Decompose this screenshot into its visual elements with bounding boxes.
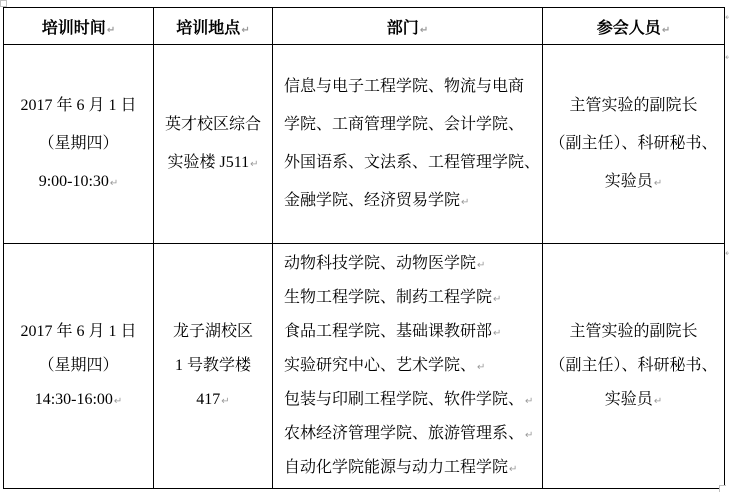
cell-departments-2: 动物科技学院、动物医学院↵ 生物工程学院、制药工程学院↵ 食品工程学院、基础课教… bbox=[273, 244, 543, 489]
cell-participants-1: 主管实验的副院长 （副主任）、科研秘书、 实验员↵ bbox=[543, 45, 725, 244]
paragraph-mark-icon: ↵ bbox=[493, 294, 501, 305]
row-end-mark-icon: ↵ bbox=[725, 250, 729, 259]
paragraph-mark-icon: ↵ bbox=[461, 197, 469, 208]
participants-text: （副主任）、科研秘书、 bbox=[543, 349, 724, 383]
paragraph-mark-icon: ↵ bbox=[525, 430, 533, 441]
participants-text: （副主任）、科研秘书、 bbox=[543, 125, 724, 163]
time-text: 14:30-16:00↵ bbox=[4, 383, 153, 417]
paragraph-mark-icon: ↵ bbox=[509, 464, 517, 475]
header-training-location: 培训地点↵ bbox=[154, 8, 273, 45]
cell-location-2: 龙子湖校区 1 号教学楼 417↵ bbox=[154, 244, 273, 489]
location-text: 1 号教学楼 bbox=[154, 349, 272, 383]
table-resize-handle[interactable] bbox=[719, 485, 726, 492]
location-text: 英才校区综合 bbox=[154, 106, 272, 144]
time-text: 2017 年 6 月 1 日 bbox=[4, 87, 153, 125]
department-text: 动物科技学院、动物医学院↵ bbox=[273, 247, 542, 281]
cell-location-1: 英才校区综合 实验楼 J511↵ bbox=[154, 45, 273, 244]
time-text: 9:00-10:30↵ bbox=[4, 163, 153, 201]
location-text: 实验楼 J511↵ bbox=[154, 144, 272, 182]
department-text: 包装与印刷工程学院、软件学院、↵ bbox=[273, 383, 542, 417]
training-schedule-table: 培训时间↵ 培训地点↵ 部门↵ 参会人员↵ 2017 年 6 月 1 日 （星期… bbox=[3, 7, 725, 489]
paragraph-mark-icon: ↵ bbox=[477, 260, 485, 271]
header-department: 部门↵ bbox=[273, 8, 543, 45]
paragraph-mark-icon: ↵ bbox=[221, 396, 229, 407]
participants-text: 实验员↵ bbox=[543, 383, 724, 417]
department-text: 自动化学院能源与动力工程学院↵ bbox=[273, 451, 542, 485]
header-label: 部门 bbox=[387, 20, 419, 37]
header-label: 培训地点 bbox=[176, 20, 240, 37]
paragraph-mark-icon: ↵ bbox=[477, 362, 485, 373]
cell-time-2: 2017 年 6 月 1 日 （星期四） 14:30-16:00↵ bbox=[4, 244, 154, 489]
row-end-mark-icon: ↵ bbox=[725, 14, 729, 23]
participants-text: 主管实验的副院长 bbox=[543, 315, 724, 349]
participants-text: 实验员↵ bbox=[543, 163, 724, 201]
header-label: 参会人员 bbox=[597, 20, 661, 37]
cell-time-1: 2017 年 6 月 1 日 （星期四） 9:00-10:30↵ bbox=[4, 45, 154, 244]
table-move-handle[interactable] bbox=[0, 0, 7, 7]
paragraph-mark-icon: ↵ bbox=[654, 178, 662, 189]
cell-departments-1: 信息与电子工程学院、物流与电商 学院、工商管理学院、会计学院、 外国语系、文法系… bbox=[273, 45, 543, 244]
table-row-session-1: 2017 年 6 月 1 日 （星期四） 9:00-10:30↵ 英才校区综合 … bbox=[4, 45, 725, 244]
header-row: 培训时间↵ 培训地点↵ 部门↵ 参会人员↵ bbox=[4, 8, 725, 45]
department-text: 农林经济管理学院、旅游管理系、↵ bbox=[273, 417, 542, 451]
paragraph-mark-icon: ↵ bbox=[420, 25, 428, 36]
department-text: 实验研究中心、艺术学院、↵ bbox=[273, 349, 542, 383]
table-row-session-2: 2017 年 6 月 1 日 （星期四） 14:30-16:00↵ 龙子湖校区 … bbox=[4, 244, 725, 489]
participants-text: 主管实验的副院长 bbox=[543, 87, 724, 125]
paragraph-mark-icon: ↵ bbox=[525, 396, 533, 407]
department-text: 生物工程学院、制药工程学院↵ bbox=[273, 281, 542, 315]
location-text: 417↵ bbox=[154, 383, 272, 417]
paragraph-mark-icon: ↵ bbox=[110, 178, 118, 189]
department-text: 学院、工商管理学院、会计学院、 bbox=[273, 106, 542, 144]
location-text: 龙子湖校区 bbox=[154, 315, 272, 349]
document-page: { "colors": { "background": "#ffffff", "… bbox=[0, 0, 729, 493]
paragraph-mark-icon: ↵ bbox=[107, 25, 115, 36]
paragraph-mark-icon: ↵ bbox=[654, 396, 662, 407]
department-text: 外国语系、文法系、工程管理学院、 bbox=[273, 144, 542, 182]
cell-participants-2: 主管实验的副院长 （副主任）、科研秘书、 实验员↵ bbox=[543, 244, 725, 489]
paragraph-mark-icon: ↵ bbox=[493, 328, 501, 339]
department-text: 信息与电子工程学院、物流与电商 bbox=[273, 68, 542, 106]
time-text: 2017 年 6 月 1 日 bbox=[4, 315, 153, 349]
time-text: （星期四） bbox=[4, 349, 153, 383]
paragraph-mark-icon: ↵ bbox=[662, 25, 670, 36]
header-participants: 参会人员↵ bbox=[543, 8, 725, 45]
department-text: 食品工程学院、基础课教研部↵ bbox=[273, 315, 542, 349]
paragraph-mark-icon: ↵ bbox=[250, 159, 258, 170]
time-text: （星期四） bbox=[4, 125, 153, 163]
paragraph-mark-icon: ↵ bbox=[114, 396, 122, 407]
header-training-time: 培训时间↵ bbox=[4, 8, 154, 45]
department-text: 金融学院、经济贸易学院↵ bbox=[273, 182, 542, 220]
paragraph-mark-icon: ↵ bbox=[241, 25, 249, 36]
header-label: 培训时间 bbox=[42, 20, 106, 37]
row-end-mark-icon: ↵ bbox=[725, 54, 729, 63]
